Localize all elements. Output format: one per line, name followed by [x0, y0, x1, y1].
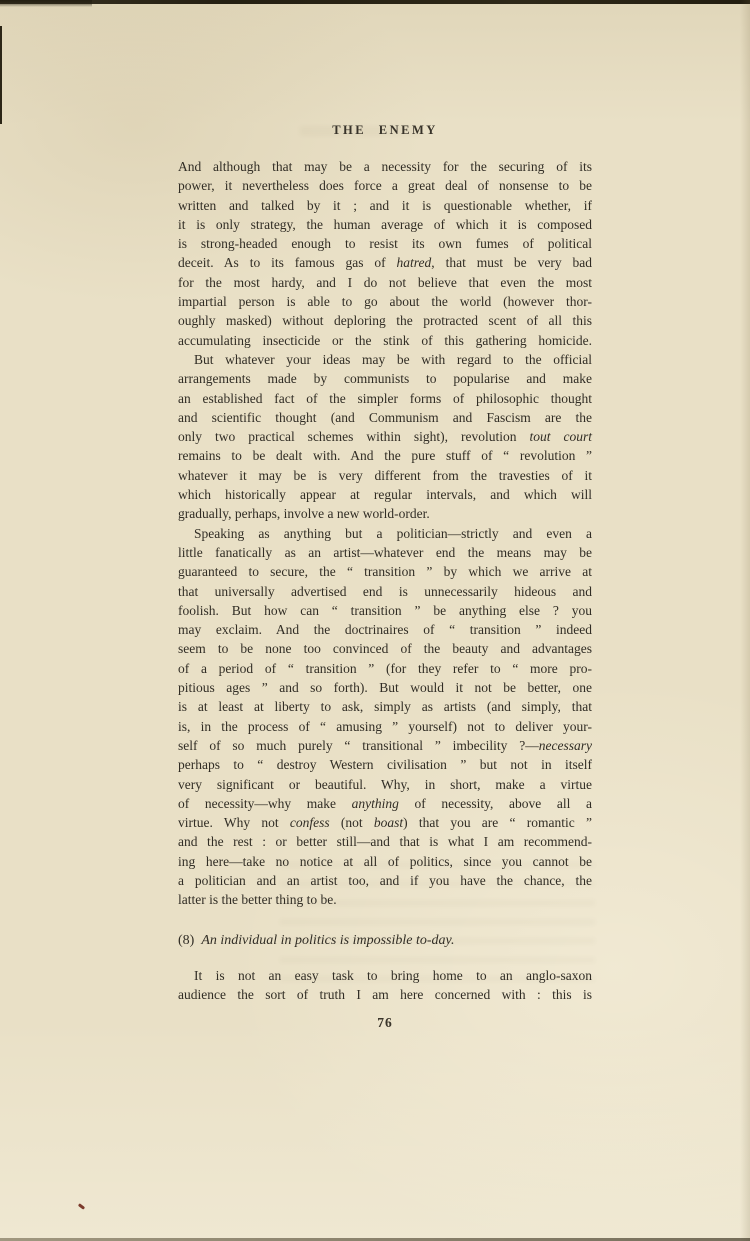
section-number: (8)	[178, 933, 194, 948]
text-line: power, it nevertheless does force a grea…	[178, 176, 592, 195]
text-line: and scientific thought (and Communism an…	[178, 408, 592, 427]
text-line: only two practical schemes within sight)…	[178, 427, 592, 446]
body-paragraphs: And although that may be a necessity for…	[178, 157, 592, 910]
page-left-edge-shadow	[0, 26, 2, 124]
text-line: Speaking as anything but a politician—st…	[178, 524, 592, 543]
running-head: THE ENEMY	[178, 123, 592, 138]
text-line: accumulating insecticide or the stink of…	[178, 331, 592, 350]
text-line: virtue. Why not confess (not boast) that…	[178, 813, 592, 832]
text-line: little fanatically as an artist—whatever…	[178, 543, 592, 562]
text-line: of a period of “ transition ” (for they …	[178, 659, 592, 678]
text-line: latter is the better thing to be.	[178, 890, 592, 909]
text-line: pitious ages ” and so forth). But would …	[178, 678, 592, 697]
page-top-corner-shadow	[0, 0, 92, 7]
text-line: which historically appear at regular int…	[178, 485, 592, 504]
text-line: written and talked by it ; and it is que…	[178, 196, 592, 215]
text-line: And although that may be a necessity for…	[178, 157, 592, 176]
text-line: impartial person is able to go about the…	[178, 292, 592, 311]
text-line: may exclaim. And the doctrinaires of “ t…	[178, 620, 592, 639]
text-line: ing here—take no notice at all of politi…	[178, 852, 592, 871]
text-line: guaranteed to secure, the “ transition ”…	[178, 562, 592, 581]
paragraph: And although that may be a necessity for…	[178, 157, 592, 350]
text-line: an established fact of the simpler forms…	[178, 389, 592, 408]
text-line: very significant or beautiful. Why, in s…	[178, 775, 592, 794]
text-line: But whatever your ideas may be with rega…	[178, 350, 592, 369]
text-line: It is not an easy task to bring home to …	[178, 966, 592, 985]
text-line: a politician and an artist too, and if y…	[178, 871, 592, 890]
text-line: it is only strategy, the human average o…	[178, 215, 592, 234]
text-line: for the most hardy, and I do not believe…	[178, 273, 592, 292]
text-line: self of so much purely “ transitional ” …	[178, 736, 592, 755]
text-line: seem to be none too convinced of the bea…	[178, 639, 592, 658]
text-line: arrangements made by communists to popul…	[178, 369, 592, 388]
text-line: remains to be dealt with. And the pure s…	[178, 446, 592, 465]
paragraph: Speaking as anything but a politician—st…	[178, 524, 592, 910]
ink-speck	[78, 1203, 85, 1210]
text-line: deceit. As to its famous gas of hatred, …	[178, 253, 592, 272]
text-line: is, in the process of “ amusing ” yourse…	[178, 717, 592, 736]
text-line: oughly masked) without deploring the pro…	[178, 311, 592, 330]
text-line: is at least at liberty to ask, simply as…	[178, 697, 592, 716]
text-line: audience the sort of truth I am here con…	[178, 985, 592, 1004]
closing-paragraph: It is not an easy task to bring home to …	[178, 966, 592, 1005]
text-line: and the rest : or better still—and that …	[178, 832, 592, 851]
text-line: of necessity—why make anything of necess…	[178, 794, 592, 813]
page-right-edge-shade	[740, 0, 750, 1241]
text-line: foolish. But how can “ transition ” be a…	[178, 601, 592, 620]
paragraph: It is not an easy task to bring home to …	[178, 966, 592, 1005]
page-top-edge-shadow	[0, 0, 750, 4]
text-line: gradually, perhaps, involve a new world-…	[178, 504, 592, 523]
scanned-book-page: THE ENEMY And although that may be a nec…	[0, 0, 750, 1241]
section-heading: (8)An individual in politics is impossib…	[178, 931, 592, 951]
text-line: that universally advertised end is unnec…	[178, 582, 592, 601]
section-title: An individual in politics is impossible …	[201, 933, 454, 948]
text-line: whatever it may be is very different fro…	[178, 466, 592, 485]
page-number: 76	[178, 1013, 592, 1032]
paragraph: But whatever your ideas may be with rega…	[178, 350, 592, 524]
text-line: perhaps to “ destroy Western civilisatio…	[178, 755, 592, 774]
text-block: And although that may be a necessity for…	[178, 157, 592, 1032]
text-line: is strong-headed enough to resist its ow…	[178, 234, 592, 253]
